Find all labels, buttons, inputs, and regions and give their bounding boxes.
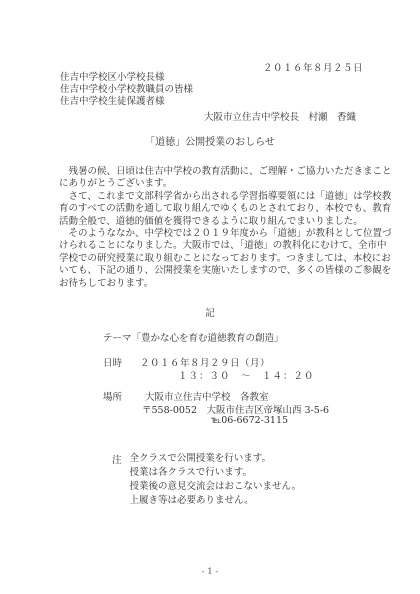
recipient-list: 住吉中学校区小学校長様 住吉中学校小学校教職員の皆様 住吉中学校生徒保護者様: [60, 72, 193, 108]
body-line: お待ちしております。: [59, 278, 392, 290]
recipient-line: 住吉中学校生徒保護者様: [60, 96, 193, 108]
place-row: 場所 大阪市立住吉中学校 各教室: [103, 389, 269, 403]
datetime-label: 日時: [103, 358, 122, 369]
body-text: 残暑の候、日頃は住吉中学校の教育活動に、ご理解・ご協力いただきまこと にありがと…: [59, 166, 392, 290]
time-line: １３：３０ ～ １４：２０: [178, 368, 315, 382]
theme-line: テーマ「豊かな心を育む道徳教育の創造」: [103, 330, 284, 344]
tel-line: ℡06-6672-3115: [211, 415, 288, 426]
note-section: 注 全クラスで公開授業を行います。 授業は各クラスで行います。 授業後の意見交流…: [112, 452, 301, 508]
body-line: 残暑の候、日頃は住吉中学校の教育活動に、ご理解・ご協力いただきまこと: [59, 166, 392, 178]
ki-marker: 記: [0, 305, 420, 319]
body-line: さて、これまで文部科学省から出される学習指導要領には「道徳」は学校教: [59, 191, 392, 203]
note-line: 授業後の意見交流会はおこないません。: [130, 480, 302, 494]
document-title: 「道徳」公開授業のおしらせ: [0, 133, 420, 148]
recipient-line: 住吉中学校区小学校長様: [60, 72, 193, 84]
note-lines: 全クラスで公開授業を行います。 授業は各クラスで行います。 授業後の意見交流会は…: [130, 452, 302, 508]
body-line: にありがとうございます。: [59, 178, 392, 190]
body-line: いても、下記の通り、公開授業を実施いたしますので、多くの皆様のご参観を: [59, 265, 392, 277]
sender-line: 大阪市立住吉中学校長 村瀬 香織: [204, 109, 356, 123]
body-line: 学校での研究授業に取り組むことになっております。つきましては、本校にお: [59, 253, 392, 265]
note-line: 全クラスで公開授業を行います。: [130, 452, 302, 466]
body-line: 育のすべての活動を通して取り組んでゆくものとされており、本校でも、教育: [59, 203, 392, 215]
page-number: - 1 -: [0, 567, 420, 577]
place-label: 場所: [103, 392, 122, 403]
address-line: 〒558-0052 大阪市住吉区帝塚山西 3-5-6: [142, 402, 329, 416]
datetime-row: 日時 ２０１６年８月２９日（月）: [103, 355, 270, 369]
document-page: ２０１６年８月２５日 住吉中学校区小学校長様 住吉中学校小学校教職員の皆様 住吉…: [0, 0, 420, 594]
body-line: 活動全般で、道徳的価値を獲得できるように取り組んでまいりました。: [59, 216, 392, 228]
body-line: そのようななか、中学校では２０１９年度から「道徳」が教科として位置づ: [59, 228, 392, 240]
note-label: 注: [112, 452, 122, 466]
date-line: ２０１６年８月２５日: [263, 60, 363, 74]
body-line: けられることになりました。大阪市では、「道徳」の教科化にむけて、全市中: [59, 240, 392, 252]
note-line: 上履き等は必要ありません。: [130, 494, 302, 508]
recipient-line: 住吉中学校小学校教職員の皆様: [60, 84, 193, 96]
note-line: 授業は各クラスで行います。: [130, 466, 302, 480]
